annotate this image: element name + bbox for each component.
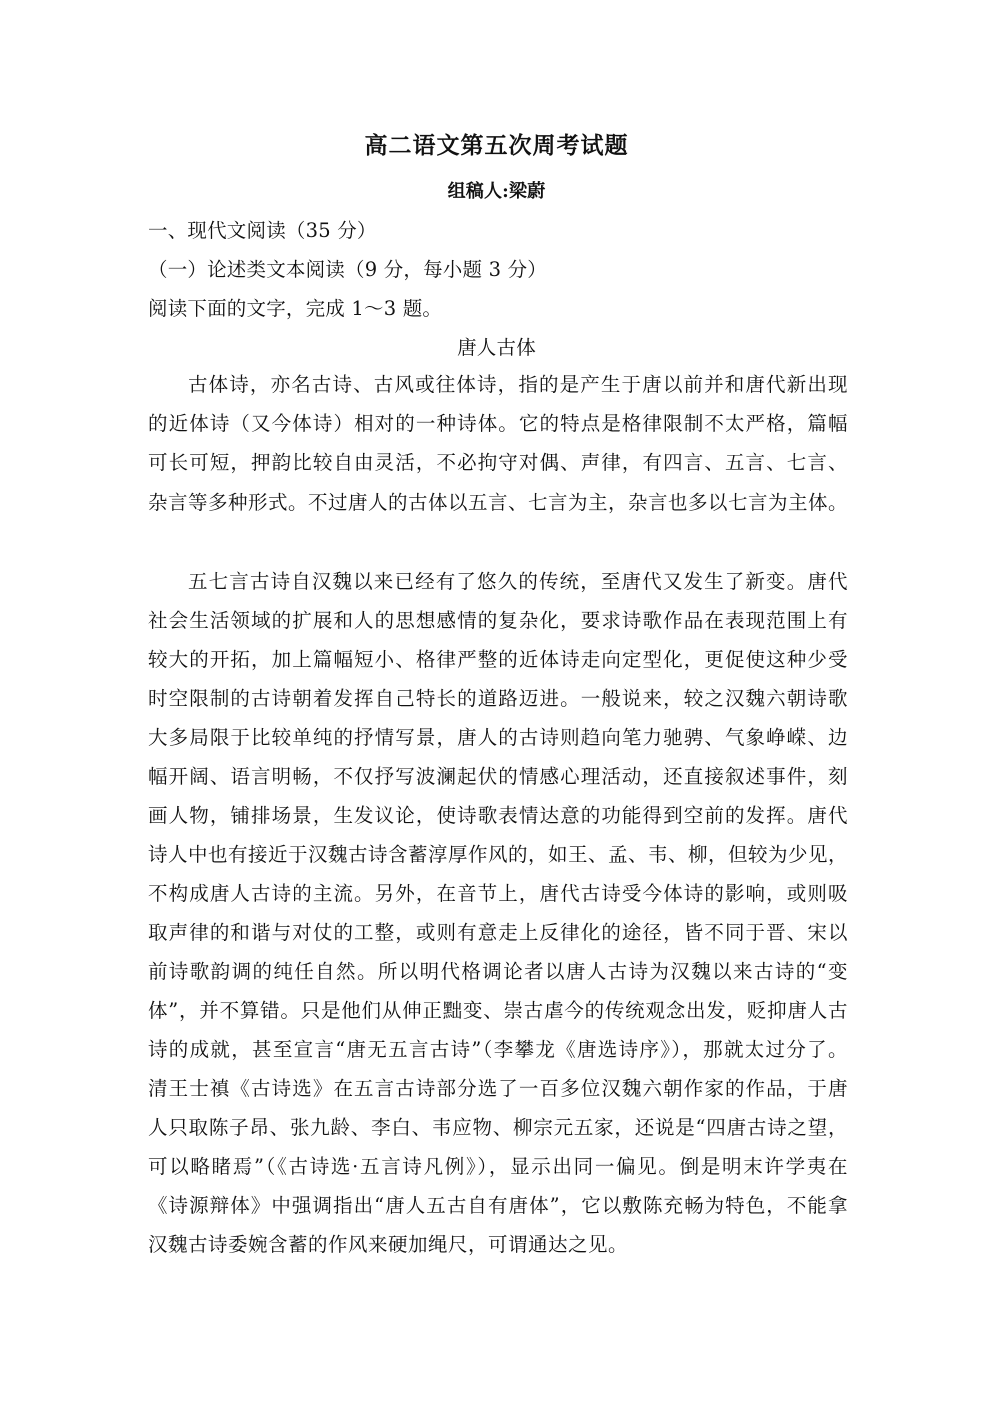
passage-title: 唐人古体 [0, 336, 993, 360]
paragraph-2-line: 人只取陈子昂、张九龄、李白、韦应物、柳宗元五家，还说是“四唐古诗之望， [148, 1116, 848, 1140]
paragraph-2-line: 不构成唐人古诗的主流。另外，在音节上，唐代古诗受今体诗的影响，或则吸 [148, 882, 848, 906]
paragraph-2-line: 幅开阔、语言明畅，不仅抒写波澜起伏的情感心理活动，还直接叙述事件，刻 [148, 765, 848, 789]
document-title: 高二语文第五次周考试题 [0, 134, 993, 158]
paragraph-1-line: 杂言等多种形式。不过唐人的古体以五言、七言为主，杂言也多以七言为主体。 [148, 491, 848, 515]
paragraph-2-line: 汉魏古诗委婉含蓄的作风来硬加绳尺，可谓通达之见。 [148, 1233, 848, 1257]
paragraph-2-line: 体”，并不算错。只是他们从伸正黜变、崇古虐今的传统观念出发，贬抑唐人古 [148, 999, 848, 1023]
paragraph-2-line: 清王士禛《古诗选》在五言古诗部分选了一百多位汉魏六朝作家的作品，于唐 [148, 1077, 848, 1101]
paragraph-2-line: 取声律的和谐与对仗的工整，或则有意走上反律化的途径，皆不同于晋、宋以 [148, 921, 848, 945]
section-heading: 一、现代文阅读（35 分） [148, 219, 377, 243]
paragraph-2-line: 社会生活领域的扩展和人的思想感情的复杂化，要求诗歌作品在表现范围上有 [148, 609, 848, 633]
document-page: 高二语文第五次周考试题 组稿人:梁蔚 一、现代文阅读（35 分） （一）论述类文… [0, 0, 993, 1404]
instruction-text: 阅读下面的文字，完成 1～3 题。 [148, 297, 442, 321]
paragraph-2-line: 较大的开拓，加上篇幅短小、格律严整的近体诗走向定型化，更促使这种少受 [148, 648, 848, 672]
paragraph-2-line: 诗的成就，甚至宣言“唐无五言古诗”（李攀龙《唐选诗序》），那就太过分了。 [148, 1038, 848, 1062]
author-byline: 组稿人:梁蔚 [0, 180, 993, 204]
subsection-heading: （一）论述类文本阅读（9 分，每小题 3 分） [148, 258, 547, 282]
paragraph-2-line: 时空限制的古诗朝着发挥自己特长的道路迈进。一般说来，较之汉魏六朝诗歌 [148, 687, 848, 711]
paragraph-2-line: 《诗源辩体》中强调指出“唐人五古自有唐体”，它以敷陈充畅为特色，不能拿 [148, 1194, 848, 1218]
paragraph-1-line: 古体诗，亦名古诗、古风或往体诗，指的是产生于唐以前并和唐代新出现 [188, 373, 848, 397]
paragraph-2-line: 可以略睹焉”（《古诗选·五言诗凡例》），显示出同一偏见。倒是明末许学夷在 [148, 1155, 848, 1179]
paragraph-2-line: 诗人中也有接近于汉魏古诗含蓄淳厚作风的，如王、孟、韦、柳，但较为少见， [148, 843, 848, 867]
paragraph-2-line: 画人物，铺排场景，生发议论，使诗歌表情达意的功能得到空前的发挥。唐代 [148, 804, 848, 828]
paragraph-2-line: 五七言古诗自汉魏以来已经有了悠久的传统，至唐代又发生了新变。唐代 [188, 570, 848, 594]
paragraph-2-line: 大多局限于比较单纯的抒情写景，唐人的古诗则趋向笔力驰骋、气象峥嵘、边 [148, 726, 848, 750]
paragraph-2-line: 前诗歌韵调的纯任自然。所以明代格调论者以唐人古诗为汉魏以来古诗的“变 [148, 960, 848, 984]
paragraph-1-line: 的近体诗（又今体诗）相对的一种诗体。它的特点是格律限制不太严格，篇幅 [148, 412, 848, 436]
paragraph-1-line: 可长可短，押韵比较自由灵活，不必拘守对偶、声律，有四言、五言、七言、 [148, 451, 848, 475]
